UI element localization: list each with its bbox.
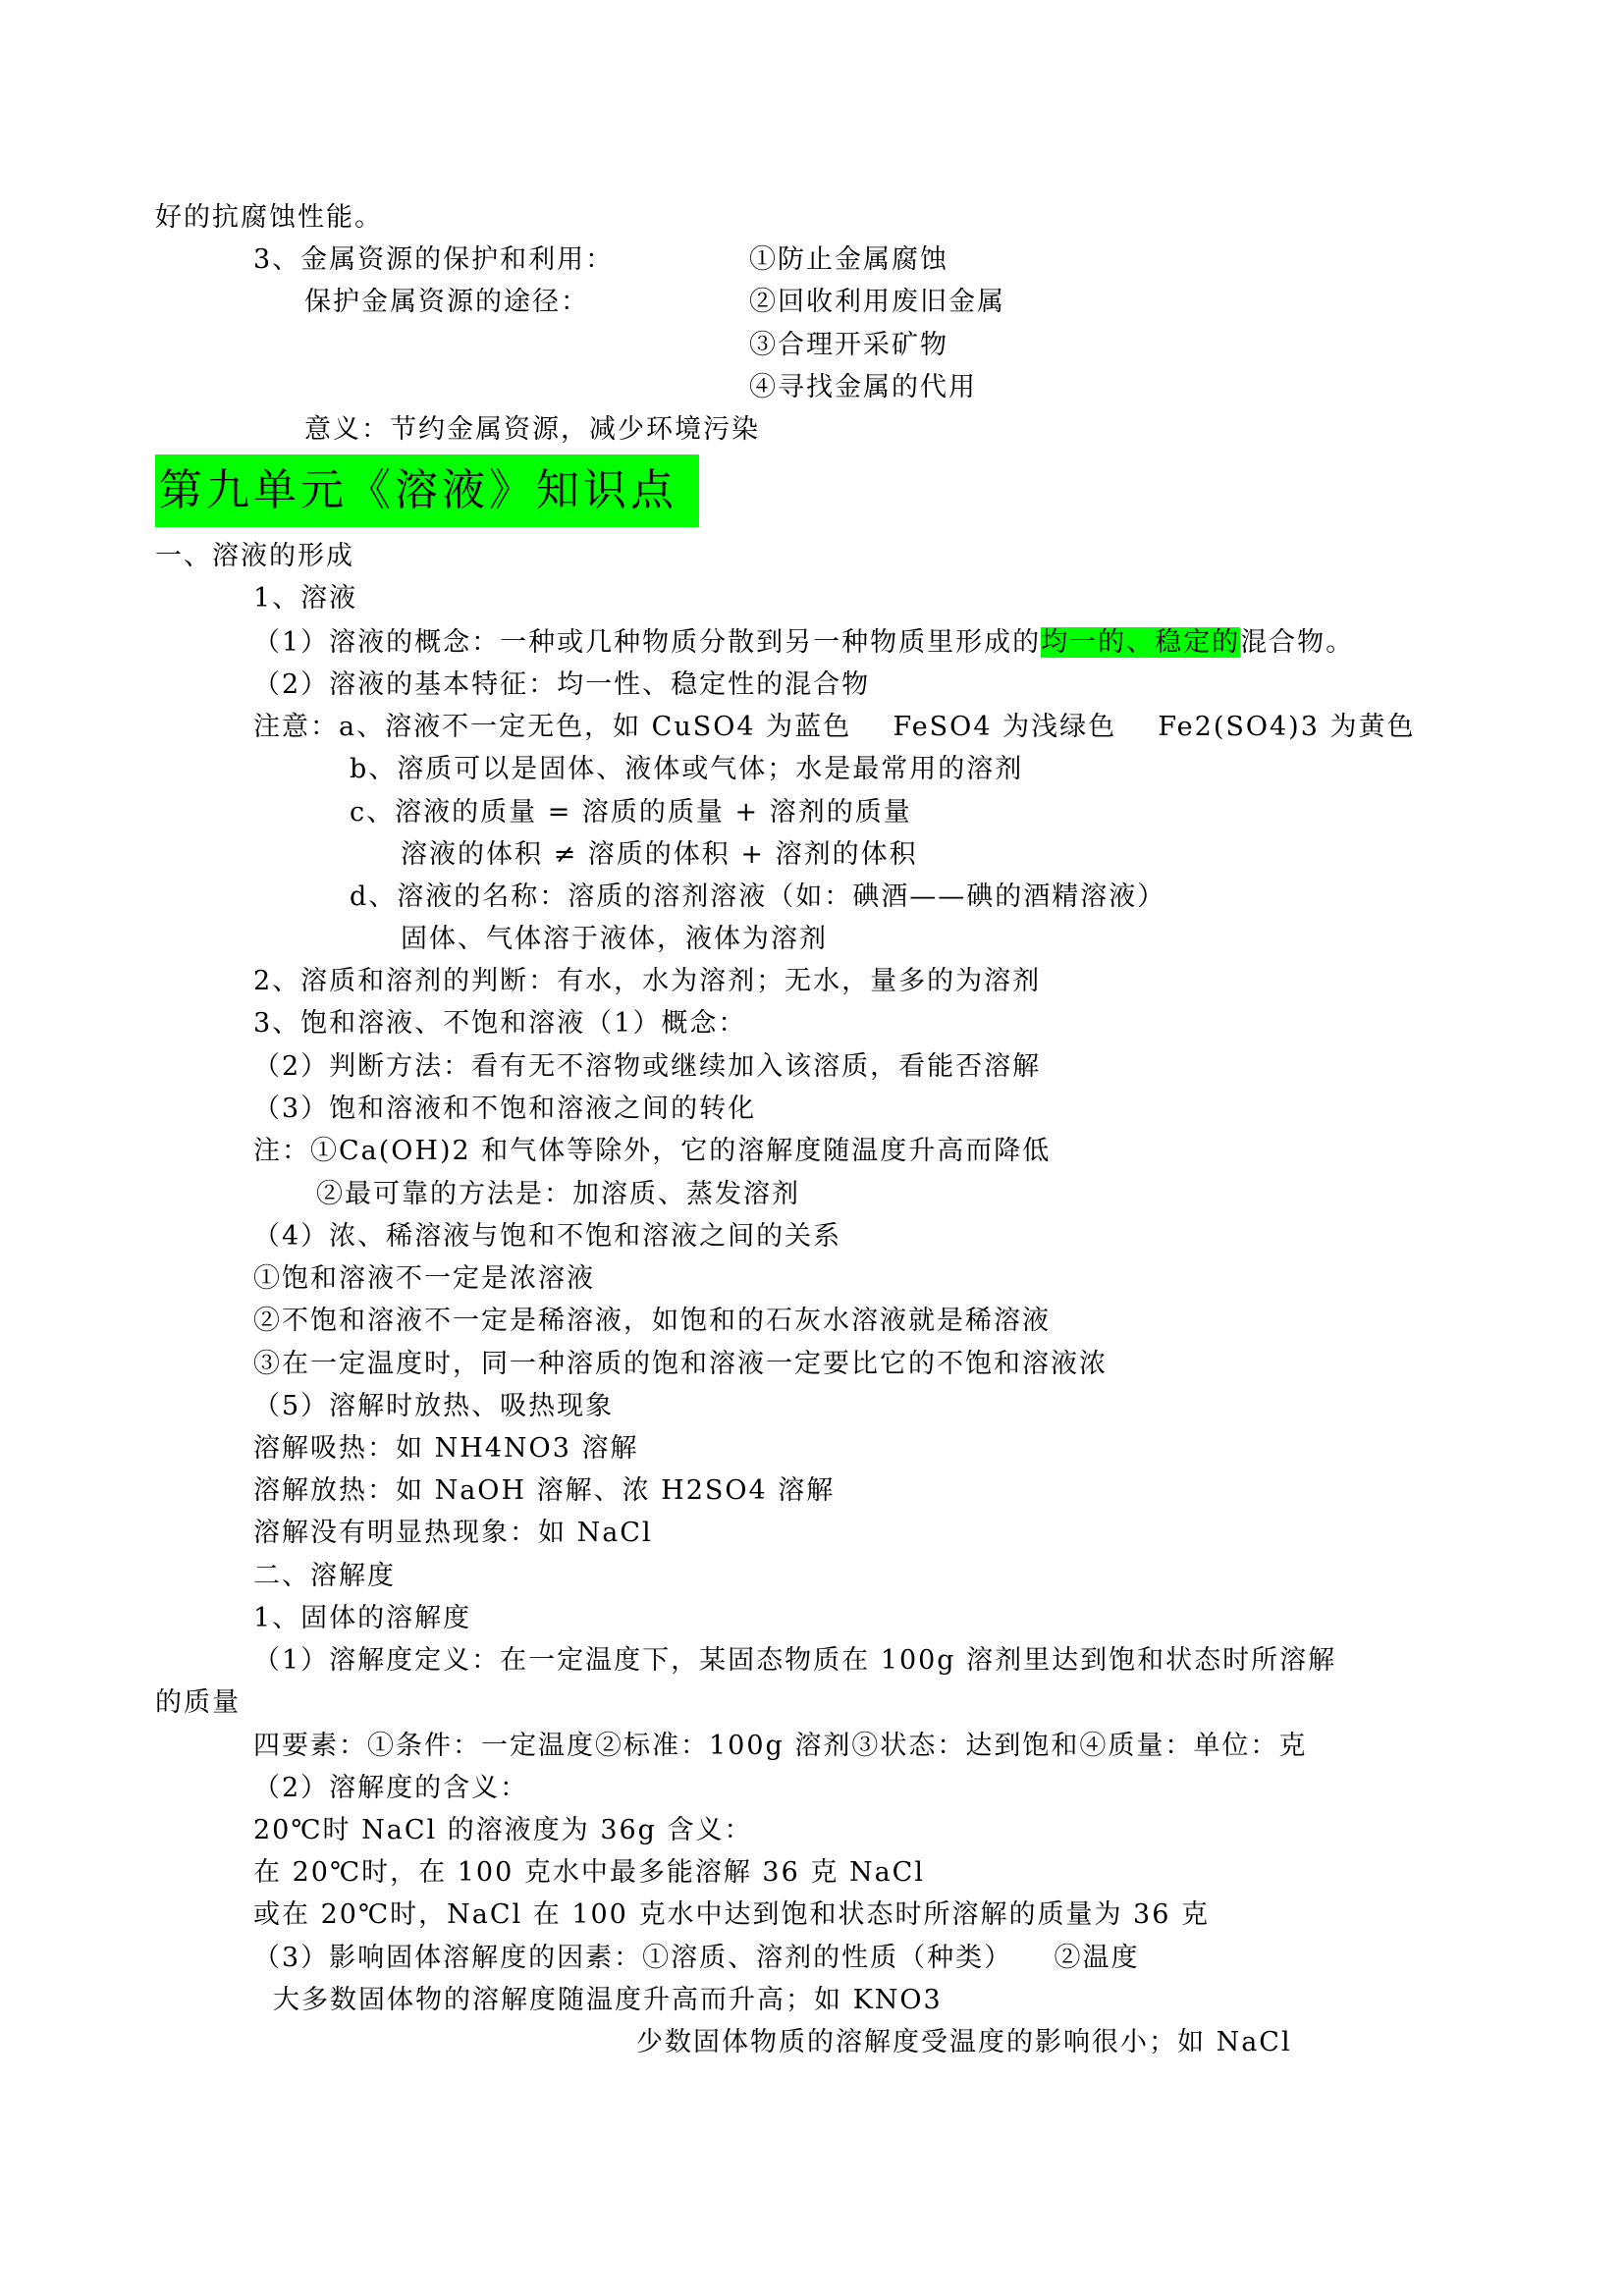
text-line: 好的抗腐蚀性能。 — [155, 200, 383, 236]
text-line: （1）溶解度定义：在一定温度下，某固态物质在 100g 溶剂里达到饱和状态时所溶… — [253, 1643, 1336, 1679]
text-line: 溶解没有明显热现象：如 NaCl — [253, 1516, 653, 1551]
text-line: 2、溶质和溶剂的判断：有水，水为溶剂；无水，量多的为溶剂 — [253, 964, 1041, 999]
text-line: 注意：a、溶液不一定无色，如 CuSO4 为蓝色 FeSO4 为浅绿色 Fe2(… — [253, 710, 1415, 745]
text-line: 四要素：①条件：一定温度②标准：100g 溶剂③状态：达到饱和④质量：单位：克 — [253, 1729, 1307, 1764]
text-line: 或在 20℃时，NaCl 在 100 克水中达到饱和状态时所溶解的质量为 36 … — [253, 1897, 1210, 1933]
text-line: 溶解吸热：如 NH4NO3 溶解 — [253, 1431, 638, 1467]
text-line: （2）溶液的基本特征：均一性、稳定性的混合物 — [253, 667, 870, 703]
unit-title: 第九单元《溶液》知识点 — [155, 454, 699, 527]
text-line: （1）溶液的概念：一种或几种物质分散到另一种物质里形成的均一的、稳定的混合物。 — [253, 625, 1354, 661]
text-line: 注：①Ca(OH)2 和气体等除外，它的溶解度随温度升高而降低 — [253, 1134, 1051, 1169]
list-item: ③合理开采矿物 — [749, 328, 948, 363]
text-line: （5）溶解时放热、吸热现象 — [253, 1389, 614, 1424]
text-line: c、溶液的质量 = 溶质的质量 + 溶剂的质量 — [350, 795, 912, 830]
text-line: d、溶液的名称：溶质的溶剂溶液（如：碘酒——碘的酒精溶液） — [350, 880, 1165, 915]
highlighted-text: 均一的、稳定的 — [1041, 627, 1240, 658]
text-line: （2）判断方法：看有无不溶物或继续加入该溶质，看能否溶解 — [253, 1049, 1041, 1085]
section-heading: 一、溶液的形成 — [155, 539, 354, 574]
text-line: （3）影响固体溶解度的因素：①溶质、溶剂的性质（种类） ②温度 — [253, 1941, 1140, 1976]
text-line: 溶解放热：如 NaOH 溶解、浓 H2SO4 溶解 — [253, 1473, 835, 1509]
text-line: 少数固体物质的溶解度受温度的影响很小；如 NaCl — [636, 2025, 1292, 2060]
list-item: ①防止金属腐蚀 — [749, 242, 948, 278]
text-line: （2）溶解度的含义： — [253, 1771, 528, 1806]
text-line: 20℃时 NaCl 的溶液度为 36g 含义： — [253, 1813, 753, 1848]
subsection-heading: 1、溶液 — [253, 581, 357, 616]
list-item: ②不饱和溶液不一定是稀溶液，如饱和的石灰水溶液就是稀溶液 — [253, 1304, 1051, 1339]
text-line: ②最可靠的方法是：加溶质、蒸发溶剂 — [316, 1177, 800, 1212]
text-line: 在 20℃时，在 100 克水中最多能溶解 36 克 NaCl — [253, 1855, 925, 1891]
text-line: 意义：节约金属资源，减少环境污染 — [304, 412, 760, 448]
subsection-heading: 1、固体的溶解度 — [253, 1601, 471, 1636]
text-line: 的质量 — [155, 1685, 241, 1721]
list-item: ③在一定温度时，同一种溶质的饱和溶液一定要比它的不饱和溶液浓 — [253, 1347, 1108, 1382]
text-line: 保护金属资源的途径： — [304, 285, 589, 320]
list-item: ①饱和溶液不一定是浓溶液 — [253, 1261, 595, 1297]
text-line: b、溶质可以是固体、液体或气体；水是最常用的溶剂 — [350, 752, 1023, 787]
text-line: （3）饱和溶液和不饱和溶液之间的转化 — [253, 1092, 756, 1127]
text-line: 大多数固体物的溶解度随温度升高而升高；如 KNO3 — [273, 1983, 943, 2018]
text-line: 溶液的体积 ≠ 溶质的体积 + 溶剂的体积 — [401, 837, 918, 873]
concept-text: （1）溶液的概念：一种或几种物质分散到另一种物质里形成的 — [253, 627, 1041, 658]
list-item: ④寻找金属的代用 — [749, 370, 977, 405]
text-line: 固体、气体溶于液体，液体为溶剂 — [401, 922, 828, 957]
concept-text-end: 混合物。 — [1240, 627, 1354, 658]
text-line: 3、饱和溶液、不饱和溶液（1）概念： — [253, 1006, 746, 1041]
section-heading: 二、溶解度 — [253, 1559, 396, 1594]
text-line: 3、金属资源的保护和利用： — [253, 242, 614, 278]
list-item: ②回收利用废旧金属 — [749, 285, 1005, 320]
text-line: （4）浓、稀溶液与饱和不饱和溶液之间的关系 — [253, 1219, 841, 1255]
